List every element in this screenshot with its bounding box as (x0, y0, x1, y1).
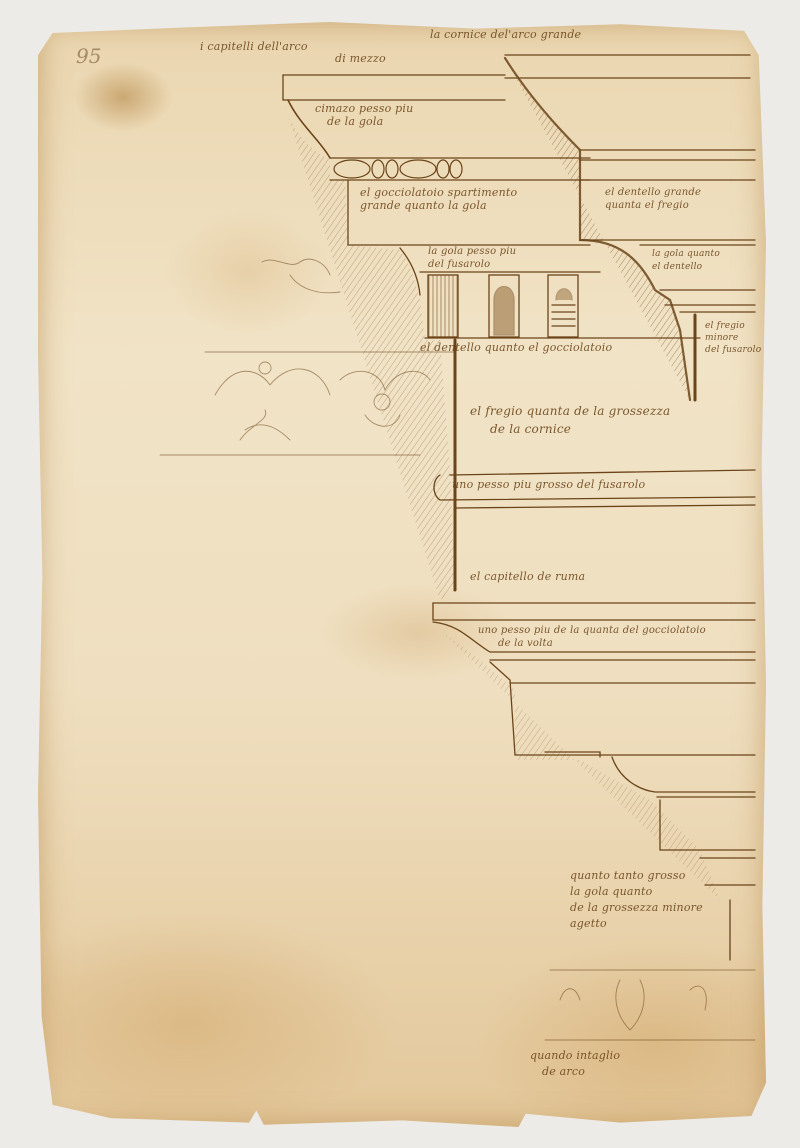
dentil-band-label: la gola pesso piu del fusarolo (428, 245, 516, 271)
dentil-label: el dentello quanto el gocciolatoio (420, 341, 612, 354)
header-annotation-right: la cornice del'arco grande (430, 28, 581, 41)
gocciolatoio-label: el gocciolatoio spartimento grande quant… (360, 186, 517, 212)
cyma-label: cimazo pesso piu de la gola (315, 102, 413, 128)
footer-note: quando intaglio de arco (530, 1048, 620, 1080)
small-right-label-2: el fregio minore del fusarolo (705, 320, 761, 356)
folio-number: 95 (76, 44, 101, 68)
cornice-profile-drawing (0, 0, 800, 1148)
frieze-label: el fregio quanta de la grossezza de la c… (470, 402, 670, 438)
corona-right-label: el dentello grande quanta el fregio (605, 186, 701, 212)
header-annotation-center: di mezzo (335, 52, 386, 65)
header-annotation-left: i capitelli dell'arco (200, 40, 308, 53)
astragal-label: uno pesso piu grosso del fusarolo (452, 478, 645, 491)
bottom-note: quanto tanto grosso la gola quanto de la… (570, 868, 703, 932)
small-right-label-1: la gola quanto el dentello (652, 248, 720, 274)
architrave-label: el capitello de ruma (470, 570, 585, 583)
lower-cyma-label: uno pesso piu de la quanta del gocciolat… (478, 624, 706, 650)
